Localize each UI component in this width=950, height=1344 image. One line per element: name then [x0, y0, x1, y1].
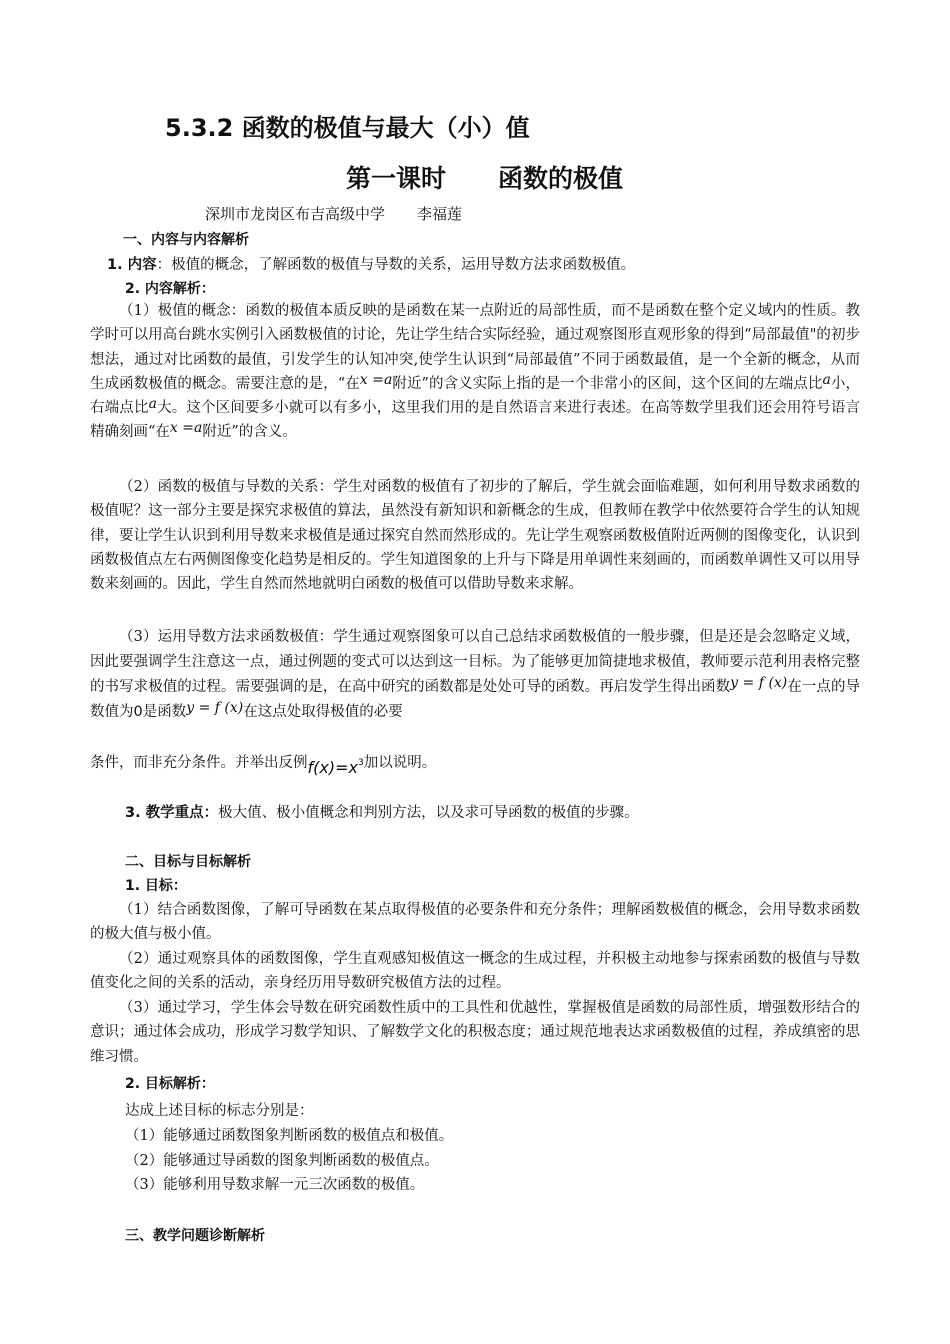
math-x-equals-a: x =a: [170, 420, 202, 436]
lesson-number: 第一课时: [346, 164, 446, 193]
section1-heading: 一、内容与内容解析: [123, 229, 249, 249]
document-title: 5.3.2 函数的极值与最大（小）值: [165, 108, 530, 143]
goal-mark-3: （3）能够利用导数求解一元三次函数的极值。: [125, 1173, 424, 1194]
analysis-paragraph-3: （3）运用导数方法求函数极值：学生通过观察图象可以自己总结求函数极值的一般步骤，…: [90, 625, 860, 725]
content-item: 1. 内容：极值的概念，了解函数的极值与导数的关系，运用导数方法求函数极值。: [107, 253, 635, 274]
goal-2: （2）通过观察具体的函数图像，学生直观感知极值这一概念的生成过程，并积极主动地参…: [90, 947, 860, 996]
lesson-topic: 函数的极值: [498, 164, 623, 193]
goals-heading: 1. 目标：: [125, 875, 187, 895]
content-label: 1. 内容: [107, 257, 157, 273]
analysis-paragraph-3-tail: 条件，而非充分条件。并举出反例f(x)=x3加以说明。: [90, 751, 436, 772]
math-f-x-equals-x-cubed: f(x)=x3: [308, 758, 364, 777]
lesson-subtitle: 第一课时函数的极值: [346, 159, 623, 195]
section2-heading: 二、目标与目标解析: [125, 851, 251, 871]
content-text: ：极值的概念，了解函数的极值与导数的关系，运用导数方法求函数极值。: [157, 257, 636, 273]
section3-heading: 三、教学问题诊断解析: [125, 1225, 265, 1245]
goal-mark-2: （2）能够通过导函数的图象判断函数的极值点。: [125, 1149, 439, 1170]
analysis-paragraph-1: （1）极值的概念：函数的极值本质反映的是函数在某一点附近的局部性质，而不是函数在…: [90, 299, 860, 445]
goal-3: （3）通过学习，学生体会导数在研究函数性质中的工具性和优越性，掌握极值是函数的局…: [90, 996, 860, 1069]
teaching-focus-label: 3. 教学重点：: [125, 805, 218, 821]
teaching-focus-text: 极大值、极小值概念和判别方法，以及求可导函数的极值的步骤。: [218, 805, 639, 821]
goal-mark-1: （1）能够通过函数图象判断函数的极值点和极值。: [125, 1124, 453, 1145]
author-name: 李福莲: [417, 205, 462, 223]
goal-1: （1）结合函数图像，了解可导函数在某点取得极值的必要条件和充分条件；理解函数极值…: [90, 898, 860, 947]
goal-analysis-heading: 2. 目标解析：: [125, 1073, 215, 1093]
math-a: a: [149, 396, 157, 412]
math-y-equals-f-x: y = f (x): [186, 700, 243, 716]
content-analysis-heading: 2. 内容解析：: [125, 278, 215, 298]
math-x-equals-a: x =a: [360, 372, 393, 388]
analysis-paragraph-2: （2）函数的极值与导数的关系：学生对函数的极值有了初步的了解后，学生就会面临难题…: [90, 475, 860, 596]
author-school: 深圳市龙岗区布吉高级中学: [205, 205, 385, 223]
math-y-equals-f-x: y = f (x): [730, 675, 787, 691]
teaching-focus: 3. 教学重点：极大值、极小值概念和判别方法，以及求可导函数的极值的步骤。: [125, 801, 639, 822]
goal-analysis-intro: 达成上述目标的标志分别是：: [125, 1099, 314, 1120]
author-line: 深圳市龙岗区布吉高级中学李福莲: [205, 203, 462, 224]
math-a: a: [822, 372, 830, 388]
